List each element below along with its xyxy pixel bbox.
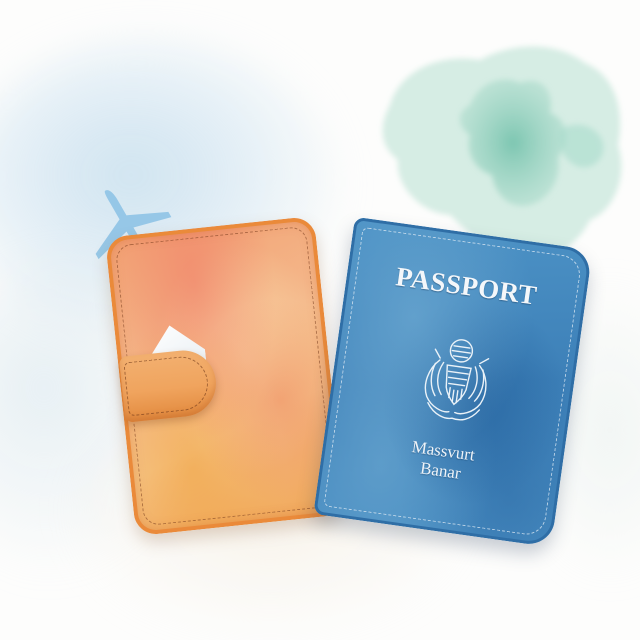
passport: PASSPORT Massvurt Banar <box>313 217 592 547</box>
illustration-scene: PASSPORT Massvurt Banar <box>0 0 640 640</box>
strap-stitching <box>123 354 210 416</box>
eagle-emblem-icon <box>402 326 506 430</box>
